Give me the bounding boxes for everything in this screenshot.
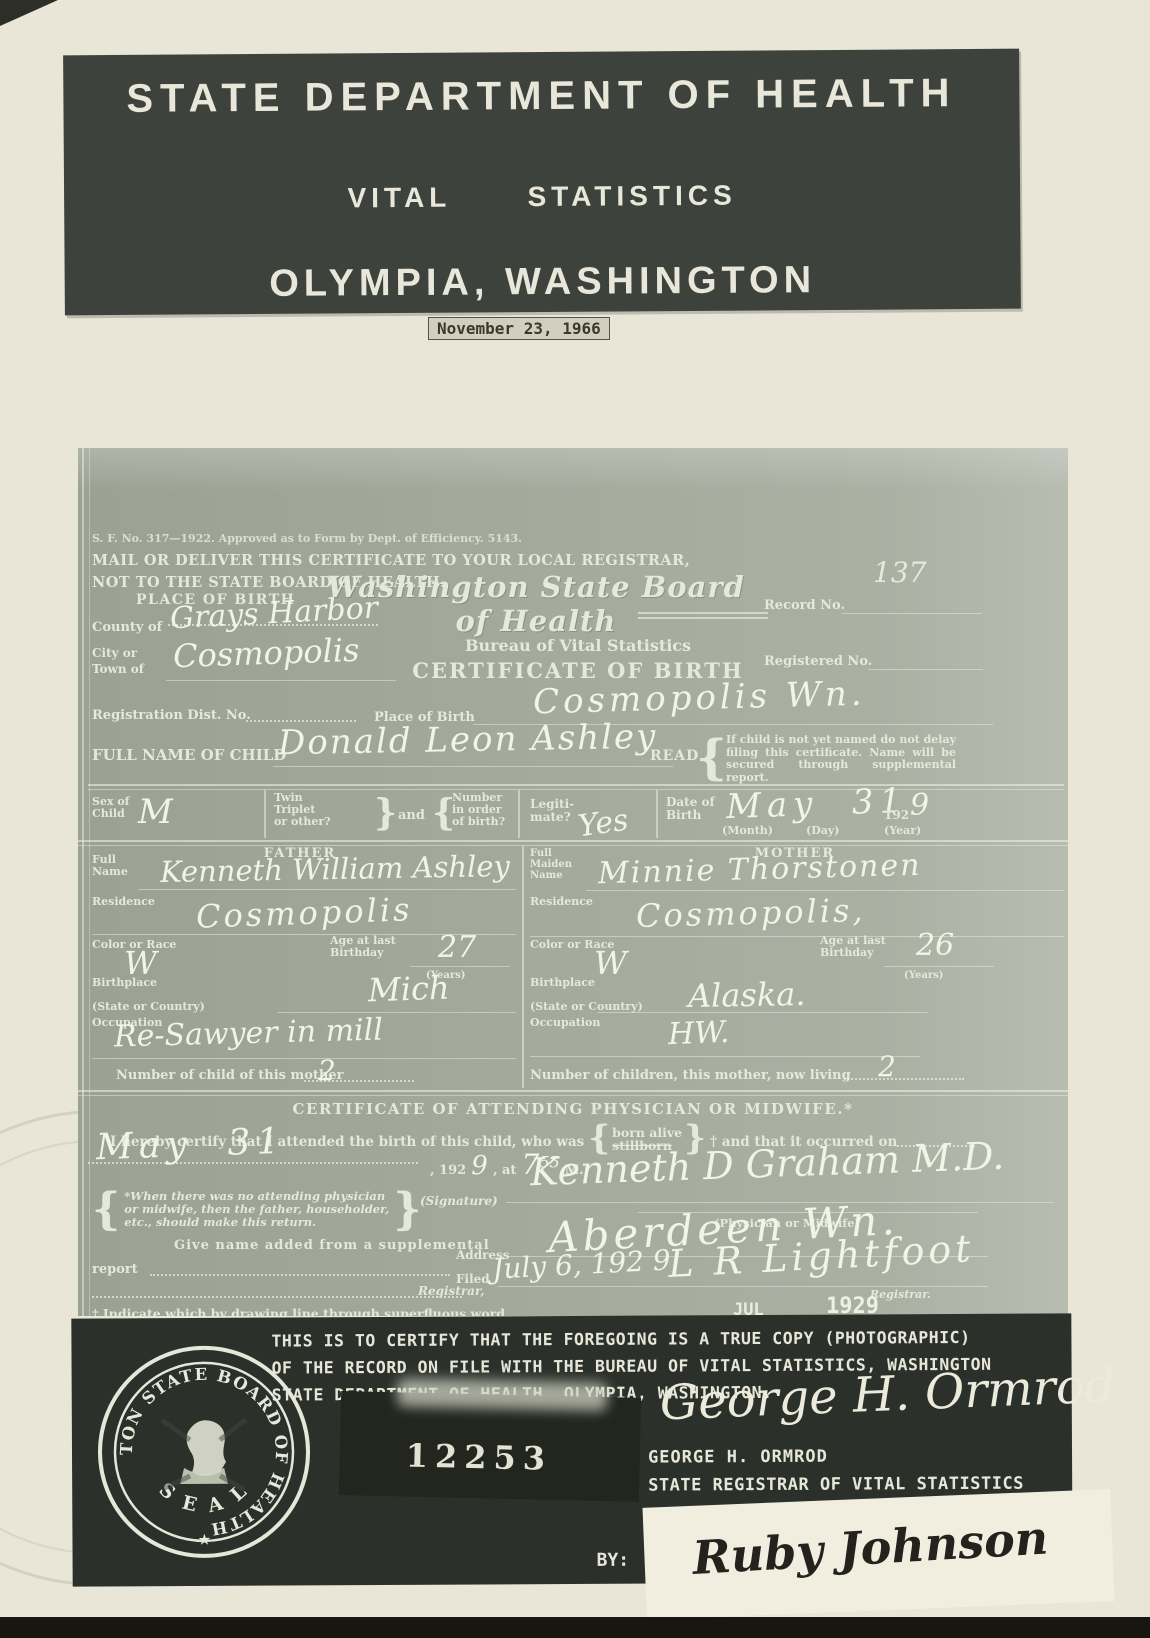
city-label-1: City or bbox=[92, 646, 137, 660]
copy-number: 12253 bbox=[405, 1437, 552, 1478]
father-occupation-value: Re-Sawyer in mill bbox=[114, 1012, 384, 1054]
father-birthplace-label: Birthplace bbox=[92, 976, 157, 989]
num-child-line bbox=[304, 1080, 414, 1082]
child-name-label: FULL NAME OF CHILD bbox=[92, 746, 286, 764]
county-label: County of bbox=[92, 620, 162, 635]
place-of-birth-value: Cosmopolis Wn. bbox=[533, 674, 866, 723]
divider bbox=[518, 790, 520, 838]
legitimate-label: Legiti- mate? bbox=[530, 798, 574, 824]
num-living-label: Number of children, this mother, now liv… bbox=[530, 1068, 851, 1083]
occurred-printed-1: , 192 bbox=[430, 1163, 466, 1178]
report-label: report bbox=[92, 1262, 138, 1277]
certification-line-1: THIS IS TO CERTIFY THAT THE FOREGOING IS… bbox=[271, 1324, 991, 1355]
mother-name-label-3: Name bbox=[530, 870, 572, 881]
mail-instruction-1: MAIL OR DELIVER THIS CERTIFICATE TO YOUR… bbox=[92, 552, 690, 569]
registrar-line bbox=[92, 1296, 462, 1298]
father-residence-label: Residence bbox=[92, 895, 155, 908]
dob-label: Date of Birth bbox=[666, 796, 715, 822]
read-brace: { bbox=[696, 730, 727, 786]
date-stamp: November 23, 1966 bbox=[428, 317, 610, 340]
board-title-underline bbox=[638, 612, 768, 619]
no-physician-footnote: { *When there was no attending physician… bbox=[92, 1184, 422, 1235]
certificate-photostat: S. F. No. 317—1922. Approved as to Form … bbox=[78, 448, 1068, 1316]
sex-label: Sex of Child bbox=[92, 796, 129, 820]
twin-label-3: or other? bbox=[274, 816, 331, 828]
father-name-value: Kenneth William Ashley bbox=[160, 849, 510, 889]
registrar-typed-title: STATE REGISTRAR OF VITAL STATISTICS bbox=[648, 1474, 1024, 1496]
city-value: Cosmopolis bbox=[172, 631, 360, 675]
footnote-lines: *When there was no attending physician o… bbox=[124, 1190, 389, 1229]
sex-label-2: Child bbox=[92, 808, 129, 820]
filed-label: Filed bbox=[456, 1272, 490, 1286]
record-number-line bbox=[842, 613, 982, 614]
letterhead-line1: STATE DEPARTMENT OF HEALTH bbox=[63, 71, 1019, 123]
day-sublabel: (Day) bbox=[806, 824, 839, 837]
registered-number-line bbox=[868, 669, 983, 670]
mother-name-label: Full Maiden Name bbox=[530, 848, 572, 881]
parents-divider bbox=[522, 846, 524, 1088]
footnote-brace-open: { bbox=[92, 1184, 120, 1235]
filed-line bbox=[498, 1286, 988, 1287]
seal-star: ★ bbox=[199, 1533, 211, 1548]
mother-residence-line bbox=[530, 936, 1064, 937]
mother-occupation-label: Occupation bbox=[530, 1016, 600, 1029]
mother-birthplace-line bbox=[598, 1012, 928, 1013]
letterhead-block: STATE DEPARTMENT OF HEALTH VITAL STATIST… bbox=[63, 49, 1021, 316]
father-age-line bbox=[410, 966, 510, 967]
mother-age-label-2: Birthday bbox=[820, 947, 886, 959]
mother-residence-value: Cosmopolis, bbox=[636, 891, 867, 935]
rule bbox=[78, 1095, 1068, 1096]
and-label: and bbox=[398, 808, 425, 823]
father-occupation-line bbox=[92, 1058, 516, 1059]
county-line bbox=[168, 624, 378, 626]
footnote-line-3: etc., should make this return. bbox=[124, 1216, 389, 1229]
mother-occupation-value: HW. bbox=[667, 1015, 729, 1052]
by-label: BY: bbox=[597, 1550, 630, 1571]
father-name-label-2: Name bbox=[92, 866, 128, 878]
father-age-label-2: Birthday bbox=[330, 947, 396, 959]
legitimate-label-2: mate? bbox=[530, 811, 574, 824]
countersignature: Ruby Johnson bbox=[691, 1511, 1049, 1585]
registrar-label: Registrar, bbox=[418, 1284, 485, 1298]
registrar-small-label: Registrar. bbox=[870, 1288, 931, 1301]
father-age-value: 27 bbox=[438, 930, 476, 965]
city-label-2: Town of bbox=[92, 662, 144, 676]
order-label-3: of birth? bbox=[452, 816, 505, 828]
mother-occupation-line bbox=[530, 1056, 920, 1057]
mother-name-line bbox=[586, 890, 1064, 891]
occurred-date-line bbox=[88, 1162, 418, 1164]
sex-value: M bbox=[138, 792, 173, 832]
divider bbox=[264, 790, 266, 838]
scan-glare bbox=[397, 1378, 608, 1411]
mother-age-label: Age at last Birthday bbox=[820, 935, 886, 959]
mother-age-value: 26 bbox=[916, 928, 954, 963]
city-line bbox=[166, 680, 396, 681]
num-child-value: 2 bbox=[318, 1054, 336, 1087]
form-number-line: S. F. No. 317—1922. Approved as to Form … bbox=[92, 532, 522, 545]
mother-residence-label: Residence bbox=[530, 895, 593, 908]
dob-label-2: Birth bbox=[666, 809, 715, 822]
state-board-seal: WASHINGTON STATE BOARD OF HEALTH S E A L… bbox=[91, 1339, 316, 1564]
father-age-label: Age at last Birthday bbox=[330, 935, 396, 959]
record-number-value: 137 bbox=[873, 556, 926, 589]
rule bbox=[78, 1090, 1068, 1092]
filed-value: July 6, 192 9 bbox=[491, 1243, 671, 1285]
record-number-label: Record No. bbox=[764, 598, 845, 613]
order-label: Number in order of birth? bbox=[452, 792, 505, 828]
mother-birthplace-value: Alaska. bbox=[688, 975, 806, 1015]
mother-name-label-2: Maiden bbox=[530, 859, 572, 870]
twin-brace-close: } bbox=[374, 792, 397, 834]
scan-corner-artifact bbox=[0, 0, 58, 26]
year-sublabel: (Year) bbox=[884, 824, 921, 837]
occurred-year-value: 9 bbox=[471, 1151, 488, 1181]
letterhead-line3: OLYMPIA, WASHINGTON bbox=[65, 258, 1021, 308]
legitimate-value: Yes bbox=[576, 803, 631, 845]
mother-birthplace-label: Birthplace bbox=[530, 976, 595, 989]
mother-race-value: W bbox=[594, 944, 627, 982]
bureau-title: Bureau of Vital Statistics bbox=[408, 636, 748, 655]
month-sublabel: (Month) bbox=[722, 824, 773, 837]
mother-name-value: Minnie Thorstonen bbox=[598, 848, 922, 891]
num-living-line bbox=[844, 1078, 964, 1080]
mother-age-line bbox=[884, 966, 994, 967]
supplemental-label: Give name added from a supplemental bbox=[174, 1238, 490, 1253]
footnote-brace-close: } bbox=[393, 1184, 421, 1235]
twin-label: Twin Triplet or other? bbox=[274, 792, 331, 828]
washington-head-emblem bbox=[162, 1420, 246, 1490]
father-residence-value: Cosmopolis bbox=[195, 890, 413, 936]
report-line bbox=[150, 1274, 450, 1276]
rule bbox=[78, 840, 1068, 842]
registration-district-label: Registration Dist. No. bbox=[92, 708, 251, 723]
scan-bottom-band bbox=[0, 1617, 1150, 1638]
signature-label: (Signature) bbox=[420, 1194, 498, 1208]
registered-number-label: Registered No. bbox=[764, 654, 872, 669]
child-name-value: Donald Leon Ashley bbox=[278, 717, 658, 764]
copy-number-panel: 12253 bbox=[339, 1391, 641, 1502]
countersignature-strip: Ruby Johnson bbox=[642, 1489, 1114, 1620]
child-name-line bbox=[273, 766, 673, 767]
read-note: If child is not yet named do not delay f… bbox=[726, 734, 956, 784]
dob-year-printed: 192 bbox=[884, 808, 909, 822]
mother-name-label-1: Full bbox=[530, 848, 572, 859]
father-name-label: Full Name bbox=[92, 854, 128, 878]
read-label: READ bbox=[650, 748, 699, 764]
father-name-line bbox=[138, 889, 516, 890]
occurred-printed-2: , at bbox=[493, 1163, 516, 1178]
scanned-document-page: STATE DEPARTMENT OF HEALTH VITAL STATIST… bbox=[0, 0, 1150, 1638]
certification-block: THIS IS TO CERTIFY THAT THE FOREGOING IS… bbox=[71, 1313, 1072, 1586]
mother-years-label: (Years) bbox=[904, 970, 943, 981]
dob-year-value: 9 bbox=[910, 788, 929, 823]
dob-value: May 31 bbox=[725, 781, 907, 827]
rule bbox=[88, 784, 1064, 786]
divider bbox=[656, 790, 658, 838]
registrar-typed-name: GEORGE H. ORMROD bbox=[648, 1447, 828, 1468]
letterhead-line2: VITAL STATISTICS bbox=[64, 178, 1020, 217]
father-state-label: (State or Country) bbox=[92, 1000, 205, 1013]
father-birthplace-line bbox=[278, 1012, 516, 1013]
father-birthplace-value: Mich bbox=[367, 969, 450, 1010]
